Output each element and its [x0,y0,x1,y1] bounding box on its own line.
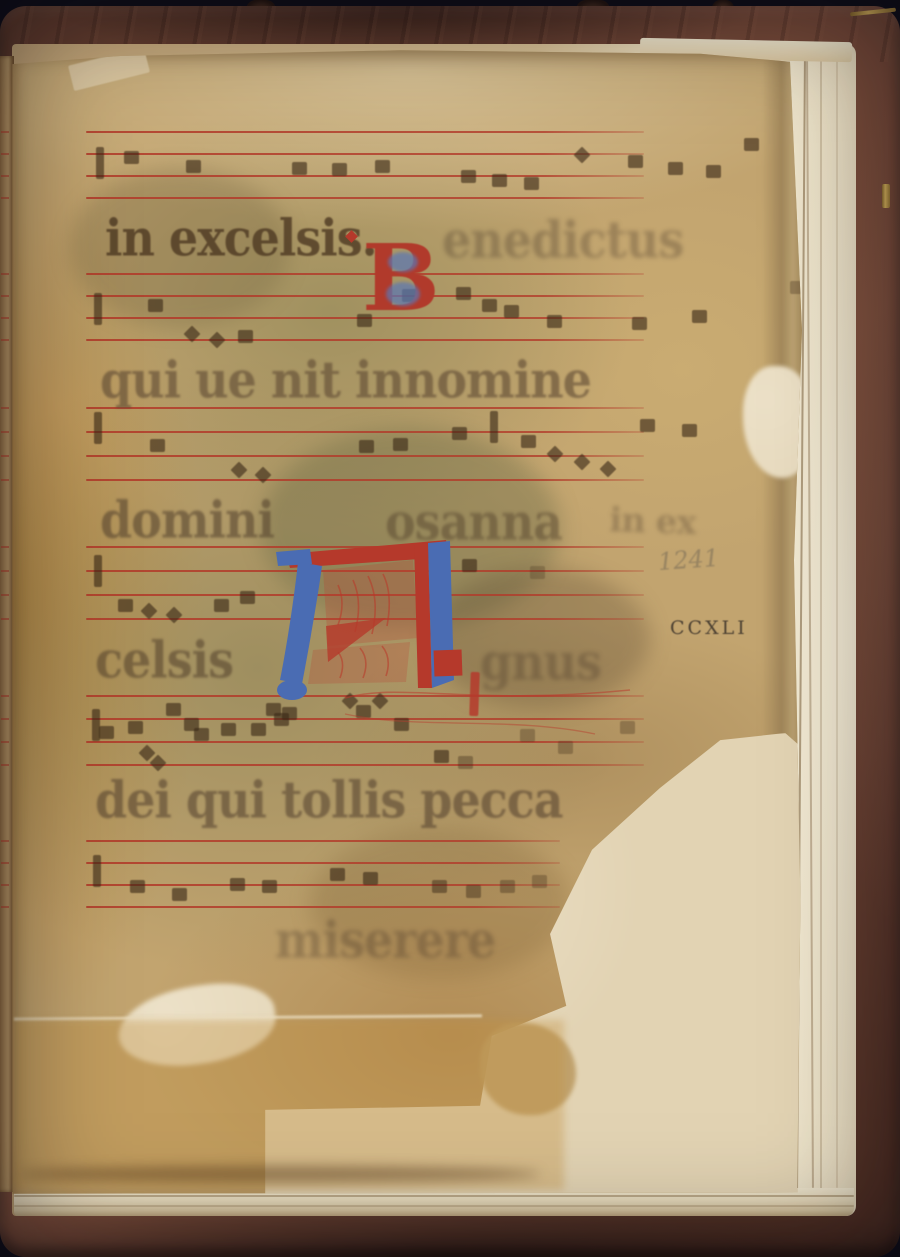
neume [172,888,187,901]
neume [99,726,114,739]
neume [432,880,447,893]
gutter-facing-page [0,56,14,1192]
facing-page-staff-stub [1,546,9,548]
page-edge-line [14,1205,854,1207]
facing-page-staff-stub [1,570,9,572]
neume [186,160,201,173]
facing-page-staff-stub [1,431,9,433]
neume [94,293,102,325]
neume [744,138,759,151]
neume [628,155,643,168]
facing-page-staff-stub [1,339,9,341]
parchment-leaf: in excelsis. enedictus qui ue nit innomi… [10,48,810,1196]
page-edge-line [14,1195,854,1197]
facing-page-staff-stub [1,906,9,908]
neume [359,440,374,453]
manuscript-photo: in excelsis. enedictus qui ue nit innomi… [0,0,900,1257]
facing-page-staff-stub [1,764,9,766]
neume [682,424,697,437]
neume [490,411,498,443]
facing-page-staff-stub [1,131,9,133]
chant-text-line: celsis [95,630,233,689]
facing-page-staff-stub [1,153,9,155]
neume [94,555,102,587]
initial-b-filigree [388,252,418,272]
facing-page-staff-stub [1,317,9,319]
pencil-inscription: 1241 [657,544,720,576]
facing-page-staff-stub [1,197,9,199]
neume [458,756,473,769]
facing-page-staff-stub [1,840,9,842]
page-edge-groove [836,58,838,1188]
initial-a-flourish [340,676,640,746]
staff-line [86,197,644,199]
neume [600,461,617,478]
neume [668,162,683,175]
neume [262,880,277,893]
neume [150,439,165,452]
neume [96,147,104,179]
chant-text-line-faded: enedictus [442,210,683,269]
neume [166,703,181,716]
neume [632,317,647,330]
neume [292,162,307,175]
neume [141,603,158,620]
neume [524,177,539,190]
page-edge-groove [820,52,822,1192]
gold-clasp-glint [882,184,890,208]
folio-number: ccxli [670,610,748,641]
initial-b-letterform: B [362,224,440,332]
neume [118,599,133,612]
facing-page-staff-stub [1,479,9,481]
neume [94,412,102,444]
staff-line [86,884,560,886]
neume [532,875,547,888]
facing-page-staff-stub [1,594,9,596]
neume [231,462,248,479]
neume [251,723,266,736]
staff-line [86,840,560,842]
neume [214,599,229,612]
neume [530,566,545,579]
neume [640,419,655,432]
neume [452,427,467,440]
chant-text-line-faded: miserere [275,910,495,969]
initial-b-filigree [386,282,420,306]
chant-text-line: domini [100,490,274,549]
red-versal-stroke [469,672,480,716]
neume [128,721,143,734]
facing-page-staff-stub [1,862,9,864]
facing-page-staff-stub [1,175,9,177]
neume [692,310,707,323]
chant-text-line: in excelsis. [105,208,377,267]
neume [466,885,481,898]
neume [330,868,345,881]
staff-line [86,862,560,864]
neume [492,174,507,187]
facing-page-staff-stub [1,407,9,409]
neume [332,163,347,176]
chant-text-line: dei qui tollis pecca [95,770,563,829]
neume [500,880,515,893]
neume [434,750,449,763]
neume [194,728,209,741]
staff-line [86,479,644,481]
facing-page-staff-stub [1,295,9,297]
staff-line [86,906,560,908]
staff-line [86,131,644,133]
bottom-curl-shadow [20,1166,540,1182]
neume [209,332,226,349]
facing-page-staff-stub [1,618,9,620]
neume [547,315,562,328]
neume [221,723,236,736]
staff-line [86,764,644,766]
illuminated-initial-b: B [362,238,454,330]
neume [240,591,255,604]
neume [148,299,163,312]
neume [130,880,145,893]
neume [547,446,564,463]
facing-page-staff-stub [1,884,9,886]
neume [706,165,721,178]
chant-text-line: qui ue nit innomine [100,350,591,409]
staff-line [86,153,644,155]
chant-text-line-faint: in ex [609,500,697,543]
neume [166,607,183,624]
neume [375,160,390,173]
staff-line [86,339,644,341]
neume [456,287,471,300]
neume [521,435,536,448]
stained-lower-band [14,1020,564,1190]
neume [93,855,101,887]
neume [150,755,167,772]
facing-page-staff-stub [1,273,9,275]
facing-page-staff-stub [1,455,9,457]
neume [504,305,519,318]
facing-page-staff-stub [1,741,9,743]
neume [124,151,139,164]
neume [461,170,476,183]
staff-line [86,431,644,433]
neume [393,438,408,451]
facing-page-staff-stub [1,718,9,720]
staff-line [86,175,644,177]
facing-page-staff-stub [1,695,9,697]
neume [230,878,245,891]
neume [482,299,497,312]
neume [238,330,253,343]
neume [363,872,378,885]
neume [574,147,591,164]
